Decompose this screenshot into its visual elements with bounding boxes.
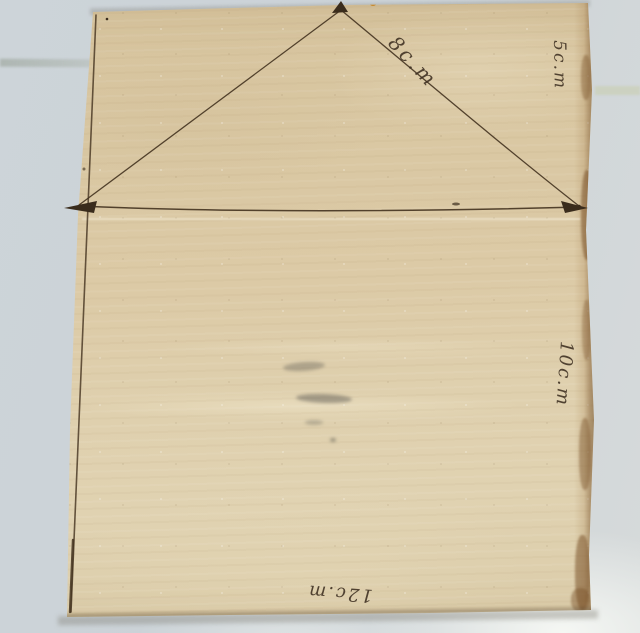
triangle-left-side — [79, 10, 341, 205]
measurement-label-12cm: 12c.m — [306, 580, 373, 606]
ink-drawing — [0, 0, 640, 633]
triangle-right-side — [341, 10, 579, 206]
cardboard-left-edge-line-lower — [70, 540, 73, 612]
base-line-ink-blob — [452, 203, 460, 206]
base-arrow-left-head — [64, 201, 97, 213]
ink-dot — [106, 18, 109, 21]
photo-scene: 8c.m 5c.m 10c.m 12c.m — [0, 0, 640, 633]
apex-mark — [332, 1, 348, 13]
right-vertex-ink-blob — [577, 205, 581, 209]
left-edge-tick — [83, 168, 86, 171]
cardboard-left-edge-line — [71, 15, 96, 612]
base-arrow-line — [79, 206, 581, 211]
measurement-label-5cm: 5c.m — [549, 40, 570, 90]
